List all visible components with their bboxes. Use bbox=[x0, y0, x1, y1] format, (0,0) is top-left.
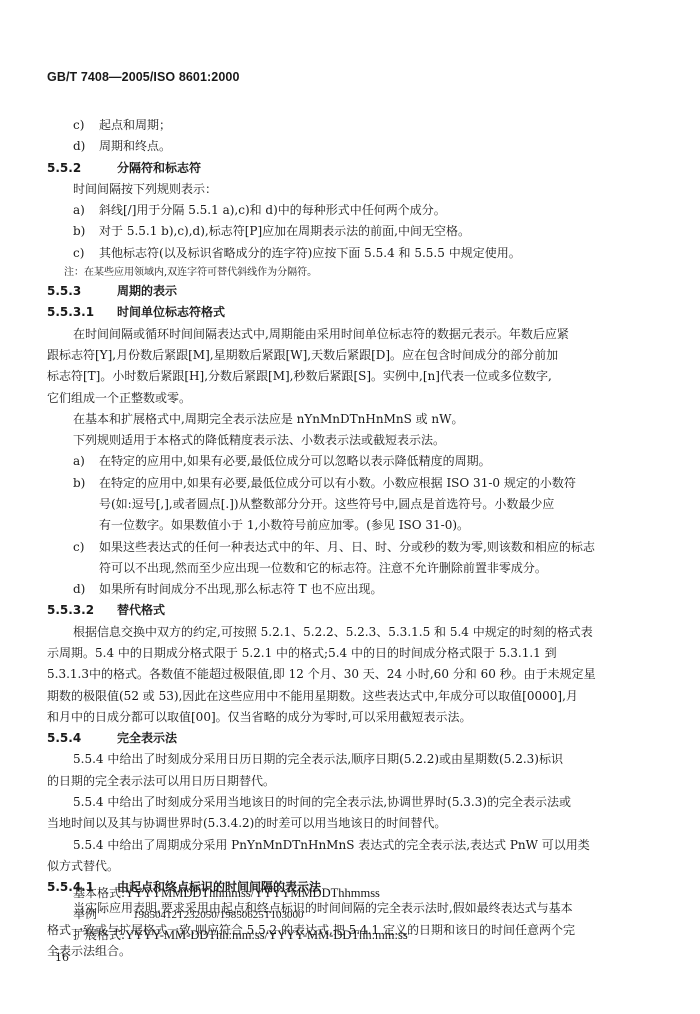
list-label: c) bbox=[73, 118, 99, 133]
text-line: 在基本和扩展格式中,周期完全表示法应是 nYnMnDTnHnMnS 或 nW。 bbox=[73, 412, 464, 427]
line-text: 在基本和扩展格式中,周期完全表示法应是 nYnMnDTnHnMnS 或 nW。 bbox=[73, 412, 464, 426]
format-label: 基本格式: bbox=[73, 886, 125, 901]
line-text: 5.5.4 中给出了时刻成分采用当地该日的时间的完全表示法,协调世界时(5.3.… bbox=[73, 795, 571, 809]
section-heading: 5.5.2分隔符和标志符 bbox=[47, 161, 201, 176]
format-line: 举例19850412T232050/19850625T103000 bbox=[73, 907, 304, 923]
line-text: 它们组成一个正整数或零。 bbox=[47, 391, 191, 405]
text-line: 下列规则适用于本格式的降低精度表示法、小数表示法或截短表示法。 bbox=[73, 433, 445, 448]
line-text: 根据信息交换中双方的约定,可按照 5.2.1、5.2.2、5.2.3、5.3.1… bbox=[73, 625, 593, 639]
text-line: d)周期和终点。 bbox=[73, 139, 171, 154]
text-line: 它们组成一个正整数或零。 bbox=[47, 391, 191, 406]
list-label: a) bbox=[73, 454, 99, 469]
page-number: 16 bbox=[55, 951, 69, 964]
text-line: 期数的极限值(52 或 53),因此在这些应用中不能用星期数。这些表达式中,年成… bbox=[47, 689, 578, 704]
section-number: 5.5.4 bbox=[47, 731, 117, 746]
section-heading: 5.5.4完全表示法 bbox=[47, 731, 177, 746]
document-page: GB/T 7408—2005/ISO 8601:2000 c)起点和周期；d)周… bbox=[0, 0, 700, 1014]
line-text: 下列规则适用于本格式的降低精度表示法、小数表示法或截短表示法。 bbox=[73, 433, 445, 447]
text-line: d)如果所有时间成分不出现,那么标志符 T 也不应出现。 bbox=[73, 582, 382, 597]
format-value: YYYY-MM-DDThh:mm:ss/YYYY-MM-DDThh:mm:ss bbox=[125, 928, 408, 942]
section-heading: 5.5.3周期的表示 bbox=[47, 284, 177, 299]
text-line: 跟标志符[Y],月份数后紧跟[M],星期数后紧跟[W],天数后紧跟[D]。应在包… bbox=[47, 348, 558, 363]
line-text: 其他标志符(以及标识省略成分的连字符)应按下面 5.5.4 和 5.5.5 中规… bbox=[99, 246, 521, 260]
line-text: 5.3.1.3中的格式。各数值不能超过极限值,即 12 个月、30 天、24 小… bbox=[47, 667, 596, 681]
section-number: 5.5.3.1 bbox=[47, 305, 117, 320]
section-heading: 5.5.3.1时间单位标志符格式 bbox=[47, 305, 225, 320]
line-text: 期数的极限值(52 或 53),因此在这些应用中不能用星期数。这些表达式中,年成… bbox=[47, 689, 578, 703]
text-line: 有一位数字。如果数值小于 1,小数符号前应加零。(参见 ISO 31-0)。 bbox=[99, 518, 469, 533]
text-line: 示周期。5.4 中的日期成分格式限于 5.2.1 中的格式;5.4 中的日的时间… bbox=[47, 646, 557, 661]
list-label: c) bbox=[73, 246, 99, 261]
text-line: 和月中的日成分都可以取值[00]。仅当省略的成分为零时,可以采用截短表示法。 bbox=[47, 710, 471, 725]
line-text: 起点和周期； bbox=[99, 118, 171, 132]
line-text: 当地时间以及其与协调世界时(5.3.4.2)的时差可以用当地该日的时间替代。 bbox=[47, 816, 446, 830]
format-line: 扩展格式:YYYY-MM-DDThh:mm:ss/YYYY-MM-DDThh:m… bbox=[73, 928, 408, 943]
text-line: 根据信息交换中双方的约定,可按照 5.2.1、5.2.2、5.2.3、5.3.1… bbox=[73, 625, 593, 640]
section-number: 5.5.2 bbox=[47, 161, 117, 176]
text-line: 5.5.4 中给出了时刻成分采用日历日期的完全表示法,顺序日期(5.2.2)或由… bbox=[73, 752, 563, 767]
text-line: c)其他标志符(以及标识省略成分的连字符)应按下面 5.5.4 和 5.5.5 … bbox=[73, 246, 521, 261]
text-line: 5.5.4 中给出了周期成分采用 PnYnMnDTnHnMnS 表达式的完全表示… bbox=[73, 838, 590, 853]
text-line: 5.5.4 中给出了时刻成分采用当地该日的时间的完全表示法,协调世界时(5.3.… bbox=[73, 795, 571, 810]
section-heading: 5.5.3.2替代格式 bbox=[47, 603, 165, 618]
format-value: 19850412T232050/19850625T103000 bbox=[133, 909, 304, 921]
text-line: b)在特定的应用中,如果有必要,最低位成分可以有小数。小数应根据 ISO 31-… bbox=[73, 476, 576, 491]
list-label: b) bbox=[73, 476, 99, 491]
text-line: 号(如:逗号[,],或者圆点[.])从整数部分分开。这些符号中,圆点是首选符号。… bbox=[99, 497, 554, 512]
list-label: a) bbox=[73, 203, 99, 218]
line-text: 周期和终点。 bbox=[99, 139, 171, 153]
line-text: 在时间间隔或循环时间间隔表达式中,周期能由采用时间单位标志符的数据元表示。年数后… bbox=[73, 327, 569, 341]
line-text: 对于 5.5.1 b),c),d),标志符[P]应加在周期表示法的前面,中间无空… bbox=[99, 224, 470, 238]
line-text: 和月中的日成分都可以取值[00]。仅当省略的成分为零时,可以采用截短表示法。 bbox=[47, 710, 471, 724]
line-text: 周期的表示 bbox=[117, 284, 177, 298]
text-line: 符可以不出现,然而至少应出现一位数和它的标志符。注意不允许删除前置非零成分。 bbox=[99, 561, 547, 576]
line-text: 在特定的应用中,如果有必要,最低位成分可以有小数。小数应根据 ISO 31-0 … bbox=[99, 476, 576, 490]
text-line: 5.3.1.3中的格式。各数值不能超过极限值,即 12 个月、30 天、24 小… bbox=[47, 667, 596, 682]
standard-header: GB/T 7408—2005/ISO 8601:2000 bbox=[47, 70, 240, 84]
section-number: 5.5.3.2 bbox=[47, 603, 117, 618]
format-line: 基本格式:YYYYMMDDThhmmss/YYYYMMDDThhmmss bbox=[73, 886, 380, 901]
format-label: 扩展格式: bbox=[73, 928, 125, 943]
text-line: 时间间隔按下列规则表示： bbox=[73, 182, 217, 197]
text-line: a)在特定的应用中,如果有必要,最低位成分可以忽略以表示降低精度的周期。 bbox=[73, 454, 491, 469]
line-text: 跟标志符[Y],月份数后紧跟[M],星期数后紧跟[W],天数后紧跟[D]。应在包… bbox=[47, 348, 558, 362]
format-label: 举例 bbox=[73, 907, 133, 922]
line-text: 有一位数字。如果数值小于 1,小数符号前应加零。(参见 ISO 31-0)。 bbox=[99, 518, 469, 532]
line-text: 号(如:逗号[,],或者圆点[.])从整数部分分开。这些符号中,圆点是首选符号。… bbox=[99, 497, 554, 511]
line-text: 注：在某些应用领域内,双连字符可替代斜线作为分隔符。 bbox=[64, 267, 317, 278]
line-text: 在特定的应用中,如果有必要,最低位成分可以忽略以表示降低精度的周期。 bbox=[99, 454, 491, 468]
text-line: a)斜线[/]用于分隔 5.5.1 a),c)和 d)中的每种形式中任何两个成分… bbox=[73, 203, 446, 218]
text-line: 当地时间以及其与协调世界时(5.3.4.2)的时差可以用当地该日的时间替代。 bbox=[47, 816, 446, 831]
line-text: 斜线[/]用于分隔 5.5.1 a),c)和 d)中的每种形式中任何两个成分。 bbox=[99, 203, 446, 217]
format-value: YYYYMMDDThhmmss/YYYYMMDDThhmmss bbox=[125, 886, 380, 900]
line-text: 示周期。5.4 中的日期成分格式限于 5.2.1 中的格式;5.4 中的日的时间… bbox=[47, 646, 557, 660]
line-text: 完全表示法 bbox=[117, 731, 177, 745]
list-label: d) bbox=[73, 582, 99, 597]
line-text: 如果这些表达式的任何一种表达式中的年、月、日、时、分或秒的数为零,则该数和相应的… bbox=[99, 540, 595, 554]
line-text: 如果所有时间成分不出现,那么标志符 T 也不应出现。 bbox=[99, 582, 382, 596]
text-line: 似方式替代。 bbox=[47, 859, 119, 874]
text-line: c)如果这些表达式的任何一种表达式中的年、月、日、时、分或秒的数为零,则该数和相… bbox=[73, 540, 595, 555]
line-text: 5.5.4 中给出了周期成分采用 PnYnMnDTnHnMnS 表达式的完全表示… bbox=[73, 838, 590, 852]
text-line: c)起点和周期； bbox=[73, 118, 171, 133]
list-label: c) bbox=[73, 540, 99, 555]
line-text: 似方式替代。 bbox=[47, 859, 119, 873]
line-text: 标志符[T]。小时数后紧跟[H],分数后紧跟[M],秒数后紧跟[S]。实例中,[… bbox=[47, 369, 552, 383]
note-text: 注：在某些应用领域内,双连字符可替代斜线作为分隔符。 bbox=[64, 265, 317, 280]
section-number: 5.5.3 bbox=[47, 284, 117, 299]
list-label: b) bbox=[73, 224, 99, 239]
text-line: 标志符[T]。小时数后紧跟[H],分数后紧跟[M],秒数后紧跟[S]。实例中,[… bbox=[47, 369, 552, 384]
list-label: d) bbox=[73, 139, 99, 154]
line-text: 符可以不出现,然而至少应出现一位数和它的标志符。注意不允许删除前置非零成分。 bbox=[99, 561, 547, 575]
text-line: b)对于 5.5.1 b),c),d),标志符[P]应加在周期表示法的前面,中间… bbox=[73, 224, 470, 239]
line-text: 替代格式 bbox=[117, 603, 165, 617]
line-text: 时间单位标志符格式 bbox=[117, 305, 225, 319]
text-line: 的日期的完全表示法可以用日历日期替代。 bbox=[47, 774, 275, 789]
line-text: 时间间隔按下列规则表示： bbox=[73, 182, 217, 196]
line-text: 5.5.4 中给出了时刻成分采用日历日期的完全表示法,顺序日期(5.2.2)或由… bbox=[73, 752, 563, 766]
line-text: 的日期的完全表示法可以用日历日期替代。 bbox=[47, 774, 275, 788]
line-text: 分隔符和标志符 bbox=[117, 161, 201, 175]
text-line: 在时间间隔或循环时间间隔表达式中,周期能由采用时间单位标志符的数据元表示。年数后… bbox=[73, 327, 569, 342]
